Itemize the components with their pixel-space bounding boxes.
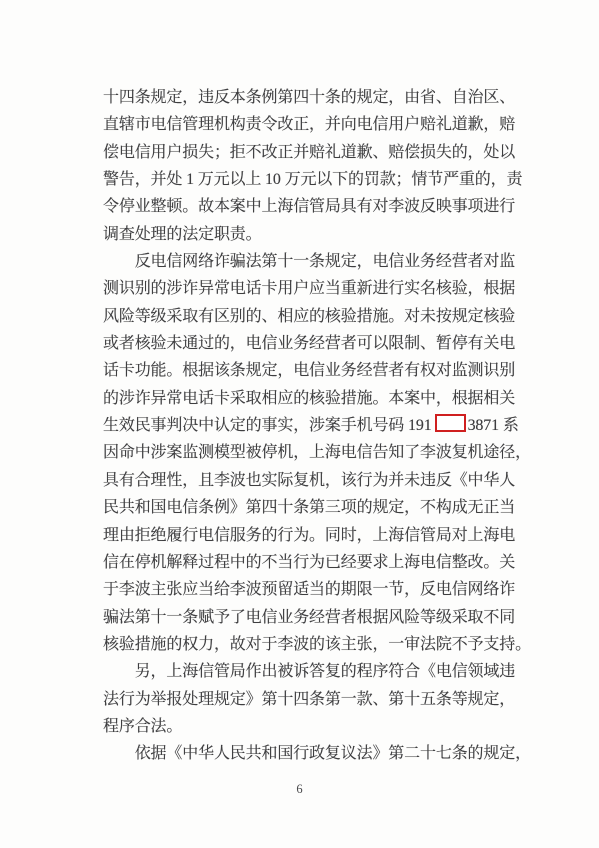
text-line: 测识别的涉诈异常电话卡用户应当重新进行实名核验，根据 — [103, 275, 521, 302]
text-line: 程序合法。 — [103, 713, 521, 740]
text-line: 因命中涉案监测模型被停机，上海电信告知了李波复机途径， — [103, 439, 521, 466]
text-line: 的涉诈异常电话卡采取相应的核验措施。本案中，根据相关 — [103, 385, 521, 412]
text-line: 骗法第十一条赋予了电信业务经营者根据风险等级采取不同 — [103, 604, 521, 631]
text-line: 信在停机解释过程中的不当行为已经要求上海电信整改。关 — [103, 549, 521, 576]
page-number: 6 — [0, 782, 599, 797]
text-after-redaction: 3871 系 — [468, 417, 519, 434]
text-line: 法行为举报处理规定》第十四条第一款、第十五条等规定， — [103, 686, 521, 713]
text-line: 理由拒绝履行电信服务的行为。同时，上海信管局对上海电 — [103, 522, 521, 549]
text-line: 民共和国电信条例》第四十条第三项的规定，不构成无正当 — [103, 494, 521, 521]
text-line: 风险等级采取有区别的、相应的核验措施。对未按规定核验 — [103, 303, 521, 330]
text-line: 另，上海信管局作出被诉答复的程序符合《电信领域违 — [103, 658, 521, 685]
text-line: 直辖市电信管理机构责令改正，并向电信用户赔礼道歉，赔 — [103, 111, 521, 138]
text-line: 核验措施的权力，故对于李波的该主张，一审法院不予支持。 — [103, 631, 521, 658]
text-line-redacted: 生效民事判决中认定的事实，涉案手机号码 1913871 系 — [103, 412, 521, 439]
text-line: 十四条规定，违反本条例第四十条的规定，由省、自治区、 — [103, 84, 521, 111]
text-line: 警告，并处 1 万元以上 10 万元以下的罚款；情节严重的，责 — [103, 166, 521, 193]
text-line: 或者核验未通过的，电信业务经营者可以限制、暂停有关电 — [103, 330, 521, 357]
text-before-redaction: 生效民事判决中认定的事实，涉案手机号码 191 — [103, 417, 432, 434]
document-body: 十四条规定，违反本条例第四十条的规定，由省、自治区、 直辖市电信管理机构责令改正… — [103, 84, 521, 768]
text-line: 具有合理性，且李波也实际复机，该行为并未违反《中华人 — [103, 467, 521, 494]
text-line: 令停业整顿。故本案中上海信管局具有对李波反映事项进行 — [103, 193, 521, 220]
text-line: 于李波主张应当给李波预留适当的期限一节，反电信网络诈 — [103, 576, 521, 603]
text-line: 依据《中华人民共和国行政复议法》第二十七条的规定， — [103, 740, 521, 767]
redaction-box — [435, 414, 466, 432]
text-line: 偿电信用户损失；拒不改正并赔礼道歉、赔偿损失的，处以 — [103, 139, 521, 166]
text-line: 调查处理的法定职责。 — [103, 221, 521, 248]
document-page: 十四条规定，违反本条例第四十条的规定，由省、自治区、 直辖市电信管理机构责令改正… — [0, 0, 599, 848]
text-line: 反电信网络诈骗法第十一条规定，电信业务经营者对监 — [103, 248, 521, 275]
text-line: 话卡功能。根据该条规定，电信业务经营者有权对监测识别 — [103, 357, 521, 384]
